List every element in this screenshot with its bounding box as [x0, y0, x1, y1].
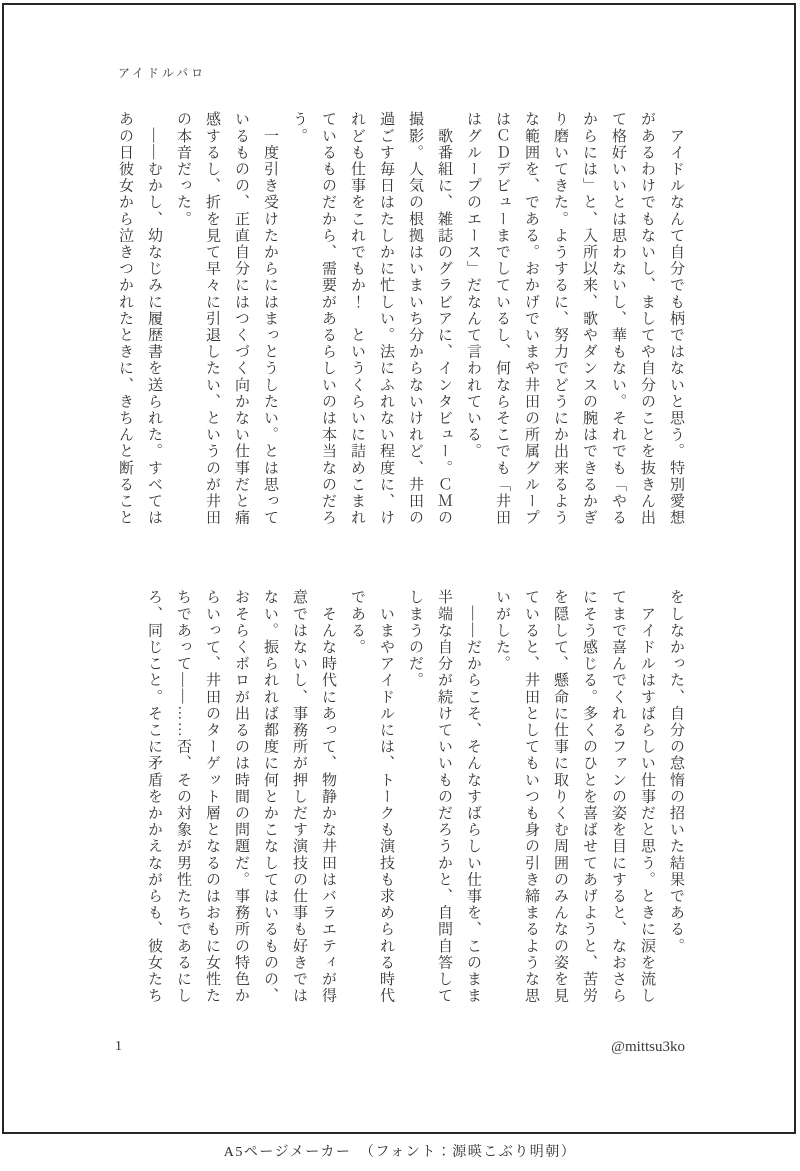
paragraph: ――だからこそ、そんなすばらしい仕事を、このまま半端な自分が続けていいものだろう…	[400, 589, 487, 1009]
paragraph: 歌番組に、雑誌のグラビアに、インタビュー。ＣＭの撮影。人気の根拠はいまいち分から…	[284, 111, 458, 531]
vertical-text-band-bottom: をしなかった、自分の怠惰の招いた結果である。 アイドルはすばらしい仕事だと思う。…	[110, 589, 690, 1009]
page-header-title: アイドルパロ	[118, 64, 206, 81]
author-handle: @mittsu3ko	[611, 1039, 685, 1056]
paragraph: をしなかった、自分の怠惰の招いた結果である。	[661, 589, 690, 1009]
paragraph: ――むかし、幼なじみに履歴書を送られた。すべてはあの日彼女から泣きつかれたときに…	[110, 111, 168, 531]
vertical-text-band-top: アイドルなんて自分でも柄ではないと思う。特別愛想があるわけでもないし、ましてや自…	[110, 111, 690, 531]
paragraph: 一度引き受けたからにはまっとうしたい。とは思っているものの、正直自分にはつくづく…	[168, 111, 284, 531]
paragraph: アイドルはすばらしい仕事だと思う。ときに涙を流してまで喜んでくれるファンの姿を目…	[487, 589, 661, 1009]
footer-caption: A5ページメーカー （フォント：源暎こぶり明朝）	[0, 1141, 800, 1161]
document-page: { "page": { "header_title": "アイドルパロ", "p…	[0, 0, 800, 1171]
page-number: 1	[115, 1039, 122, 1055]
paragraph: アイドルなんて自分でも柄ではないと思う。特別愛想があるわけでもないし、ましてや自…	[458, 111, 690, 531]
paragraph: いまやアイドルには、トークも演技も求められる時代である。	[342, 589, 400, 1009]
paragraph: そんな時代にあって、物静かな井田はバラエティが得意ではないし、事務所が押しだす演…	[139, 589, 342, 1009]
